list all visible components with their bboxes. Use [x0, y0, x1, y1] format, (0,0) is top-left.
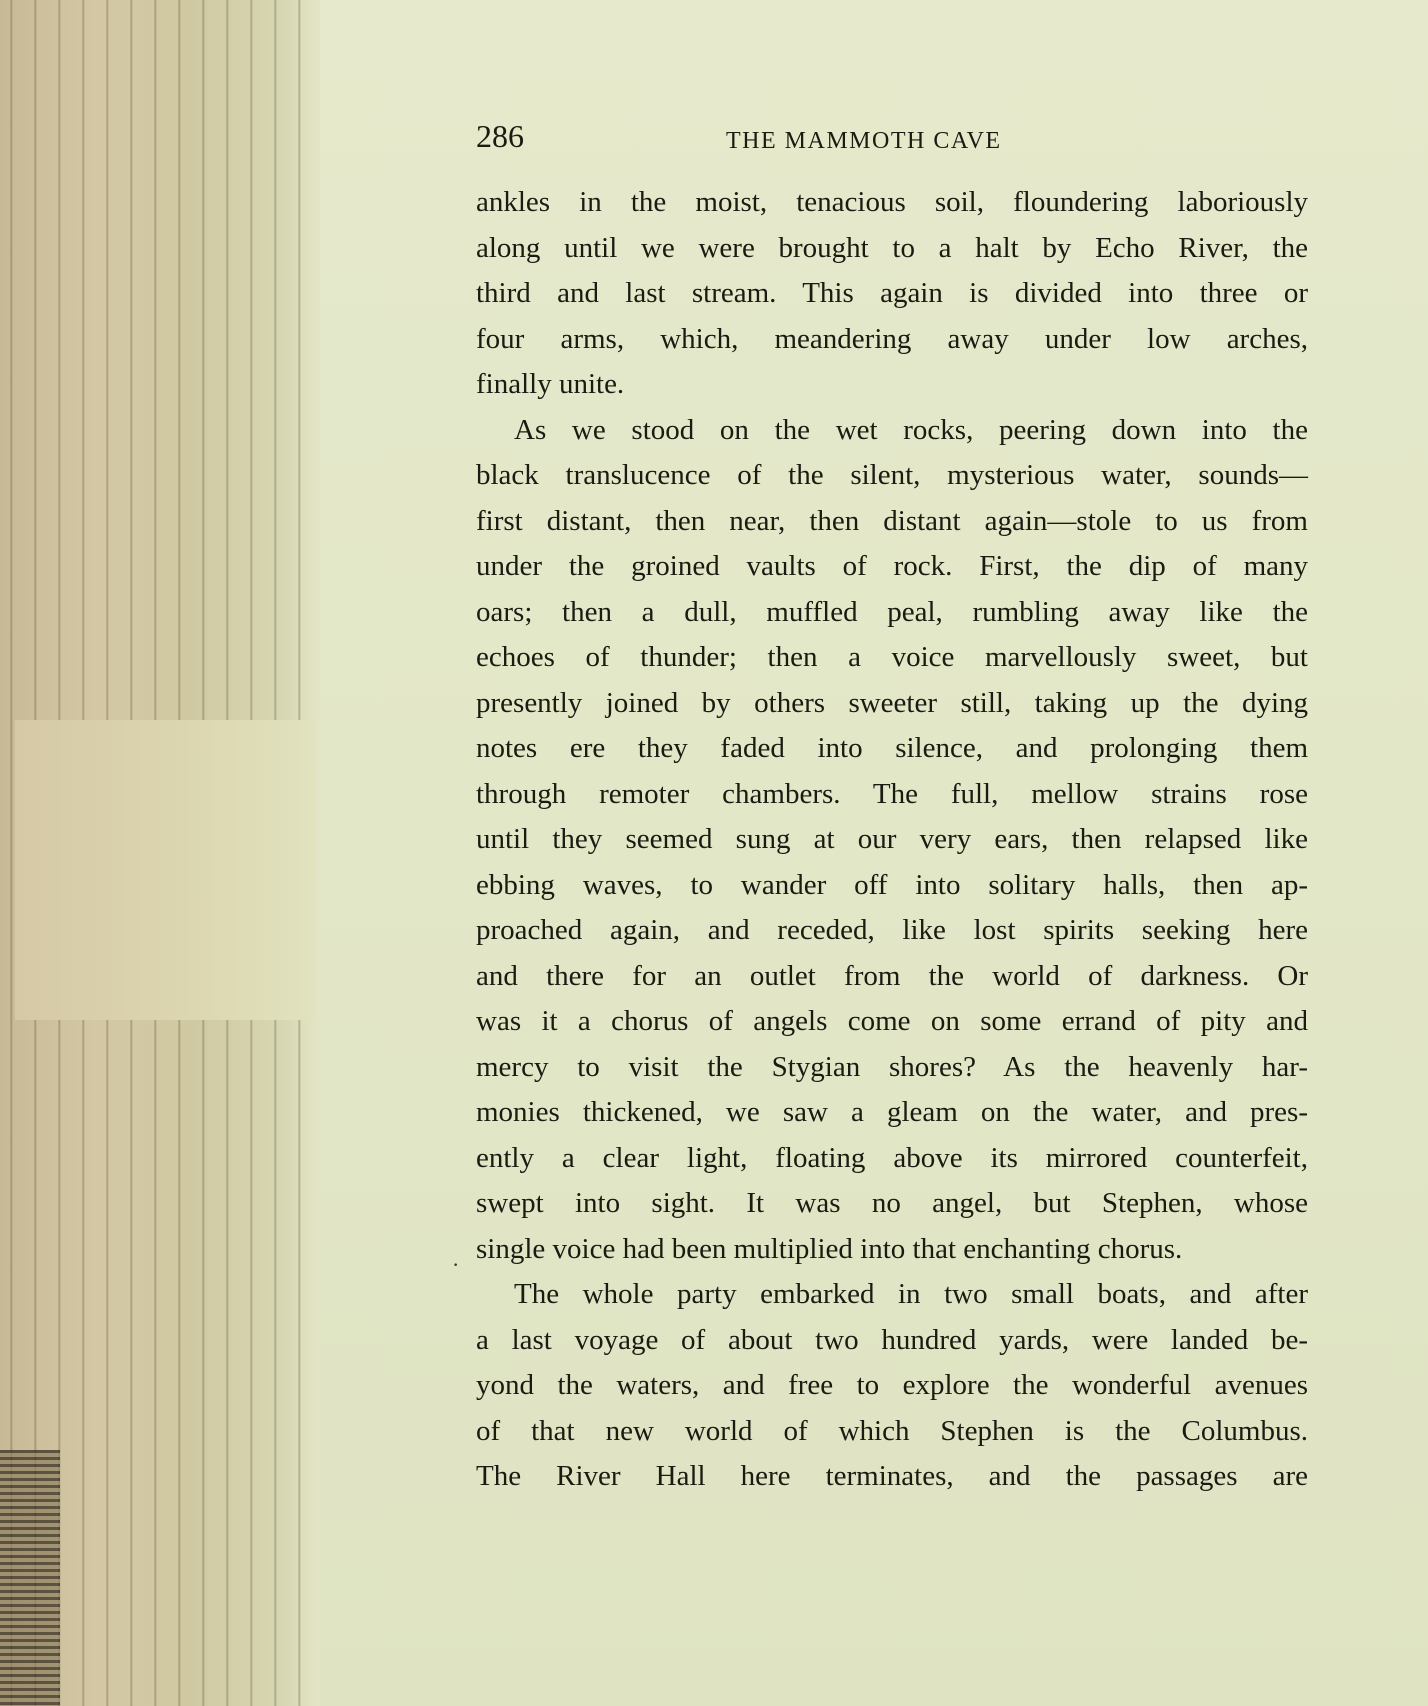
text-line: single voice had been multiplied into th… [476, 1227, 1308, 1273]
book-page-edges [0, 0, 320, 1706]
text-line: The River Hall here terminates, and the … [476, 1454, 1308, 1500]
page-edge-dark-strip [0, 1450, 60, 1706]
text-line: ebbing waves, to wander off into solitar… [476, 863, 1308, 909]
text-line: mercy to visit the Stygian shores? As th… [476, 1045, 1308, 1091]
text-line: and there for an outlet from the world o… [476, 954, 1308, 1000]
text-line: yond the waters, and free to explore the… [476, 1363, 1308, 1409]
margin-mark: · [452, 1252, 459, 1278]
text-line: under the groined vaults of rock. First,… [476, 544, 1308, 590]
page-number: 286 [476, 118, 524, 155]
page-edge-shadow [15, 720, 315, 1020]
text-line: a last voyage of about two hundred yards… [476, 1318, 1308, 1364]
text-line: monies thickened, we saw a gleam on the … [476, 1090, 1308, 1136]
paragraph-start-line: The whole party embarked in two small bo… [476, 1272, 1308, 1318]
text-line: through remoter chambers. The full, mell… [476, 772, 1308, 818]
page-body-text: ankles in the moist, tenacious soil, flo… [476, 180, 1308, 1500]
text-line: until they seemed sung at our very ears,… [476, 817, 1308, 863]
text-line: finally unite. [476, 362, 1308, 408]
text-line: ankles in the moist, tenacious soil, flo… [476, 180, 1308, 226]
text-line: proached again, and receded, like lost s… [476, 908, 1308, 954]
text-line: along until we were brought to a halt by… [476, 226, 1308, 272]
text-line: echoes of thunder; then a voice marvello… [476, 635, 1308, 681]
text-line: third and last stream. This again is div… [476, 271, 1308, 317]
text-line: four arms, which, meandering away under … [476, 317, 1308, 363]
text-line: first distant, then near, then distant a… [476, 499, 1308, 545]
text-line: black translucence of the silent, myster… [476, 453, 1308, 499]
paragraph-start-line: As we stood on the wet rocks, peering do… [476, 408, 1308, 454]
text-line: notes ere they faded into silence, and p… [476, 726, 1308, 772]
text-line: ently a clear light, floating above its … [476, 1136, 1308, 1182]
text-line: presently joined by others sweeter still… [476, 681, 1308, 727]
text-line: oars; then a dull, muffled peal, rumblin… [476, 590, 1308, 636]
text-line: was it a chorus of angels come on some e… [476, 999, 1308, 1045]
text-line: swept into sight. It was no angel, but S… [476, 1181, 1308, 1227]
running-head: THE MAMMOTH CAVE [726, 128, 1002, 155]
text-line: of that new world of which Stephen is th… [476, 1409, 1308, 1455]
page-header: 286 THE MAMMOTH CAVE [476, 118, 1316, 158]
